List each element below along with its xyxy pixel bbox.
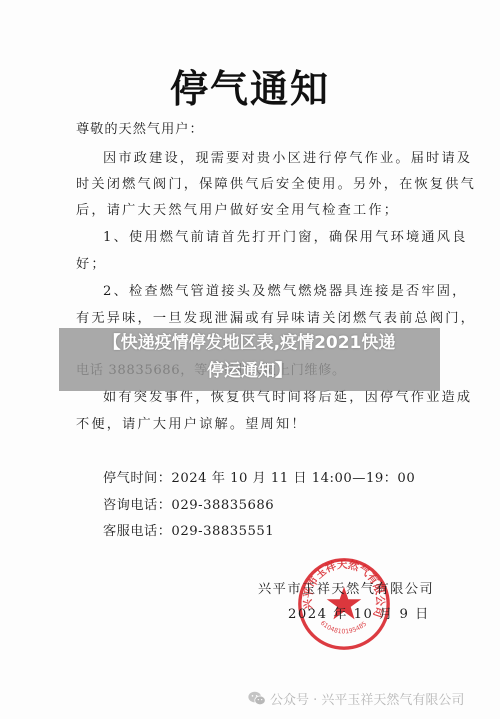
consult-phone: 咨询电话：029-38835686 (103, 494, 274, 513)
caption-text: 【快递疫情停发地区表,疫情2021快递 停运通知】 (59, 329, 440, 385)
watermark-text: 公众号 · 兴平玉祥天然气有限公司 (270, 689, 464, 708)
caption-line-2: 停运通知】 (59, 357, 440, 385)
svg-text:6104810195485: 6104810195485 (319, 620, 368, 636)
paragraph-line: 时关闭燃气阀门，保障供气后安全使用。另外，在恢复供气 (76, 173, 476, 192)
paragraph-line: 好； (76, 253, 107, 272)
signature-company: 兴平市玉祥天然气有限公司 (258, 578, 434, 597)
service-phone: 客服电话：029-38835551 (103, 520, 274, 539)
paragraph-line: 因市政建设，现需要对贵小区进行停气作业。届时请及 (103, 147, 472, 166)
caption-line-1: 【快递疫情停发地区表,疫情2021快递 (59, 329, 440, 357)
paragraph-line: 1、使用燃气前请首先打开门窗，确保用气环境通风良 (103, 226, 468, 245)
greeting: 尊敬的天然气用户： (76, 118, 204, 137)
wechat-icon (248, 691, 266, 706)
signature-date: 2024 年 10 月 9 日 (288, 603, 430, 622)
paragraph-line: 2、检查燃气管道接头及燃气燃烧器具连接是否牢固， (103, 280, 468, 299)
paragraph-line: 不便，请广大用户谅解。望周知！ (76, 413, 307, 432)
paragraph-line: 有无异味，一旦发现泄漏或有异味请关闭燃气表前总阀门， (76, 307, 476, 326)
document-title: 停气通知 (0, 58, 500, 113)
paragraph-line: 后，请广大天然气用户做好安全用气检查工作； (76, 199, 399, 218)
watermark-footer: 公众号 · 兴平玉祥天然气有限公司 (248, 689, 464, 708)
outage-time: 停气时间：2024 年 10 月 11 日 14:00—19：00 (103, 467, 415, 486)
document-page: 停气通知 尊敬的天然气用户： 因市政建设，现需要对贵小区进行停气作业。届时请及 … (0, 0, 500, 719)
